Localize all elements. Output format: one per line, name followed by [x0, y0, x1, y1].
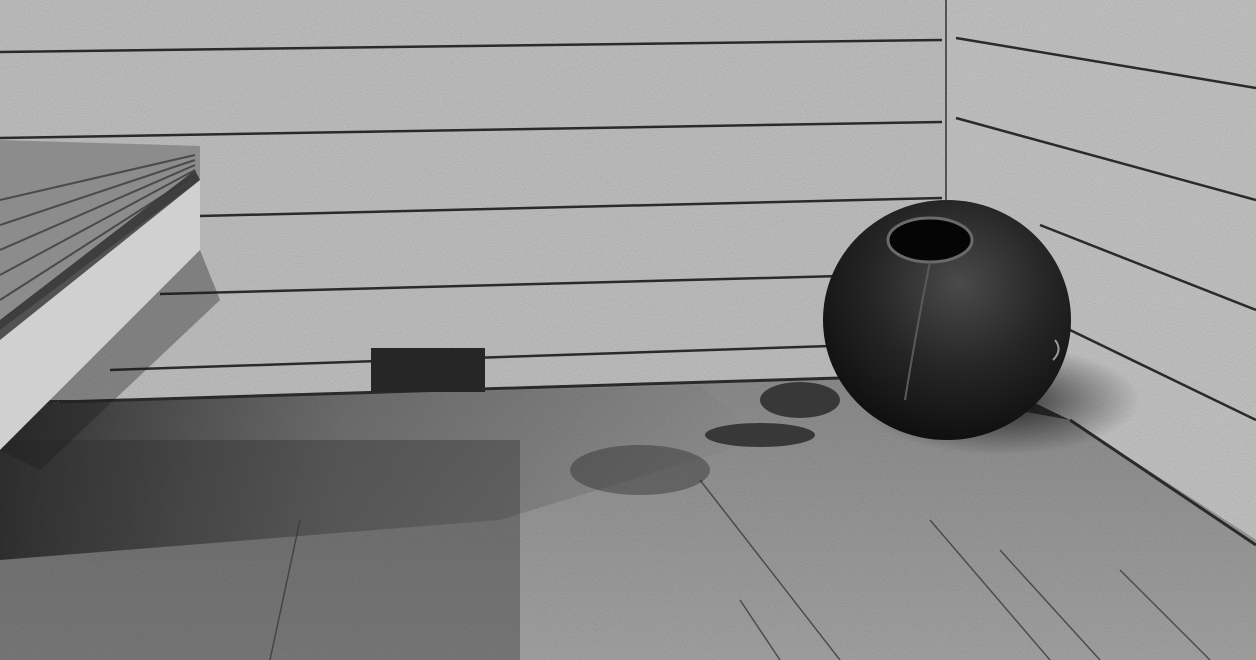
floor-block: [371, 348, 485, 392]
spherical-object: [823, 200, 1071, 440]
photograph: [0, 0, 1256, 660]
